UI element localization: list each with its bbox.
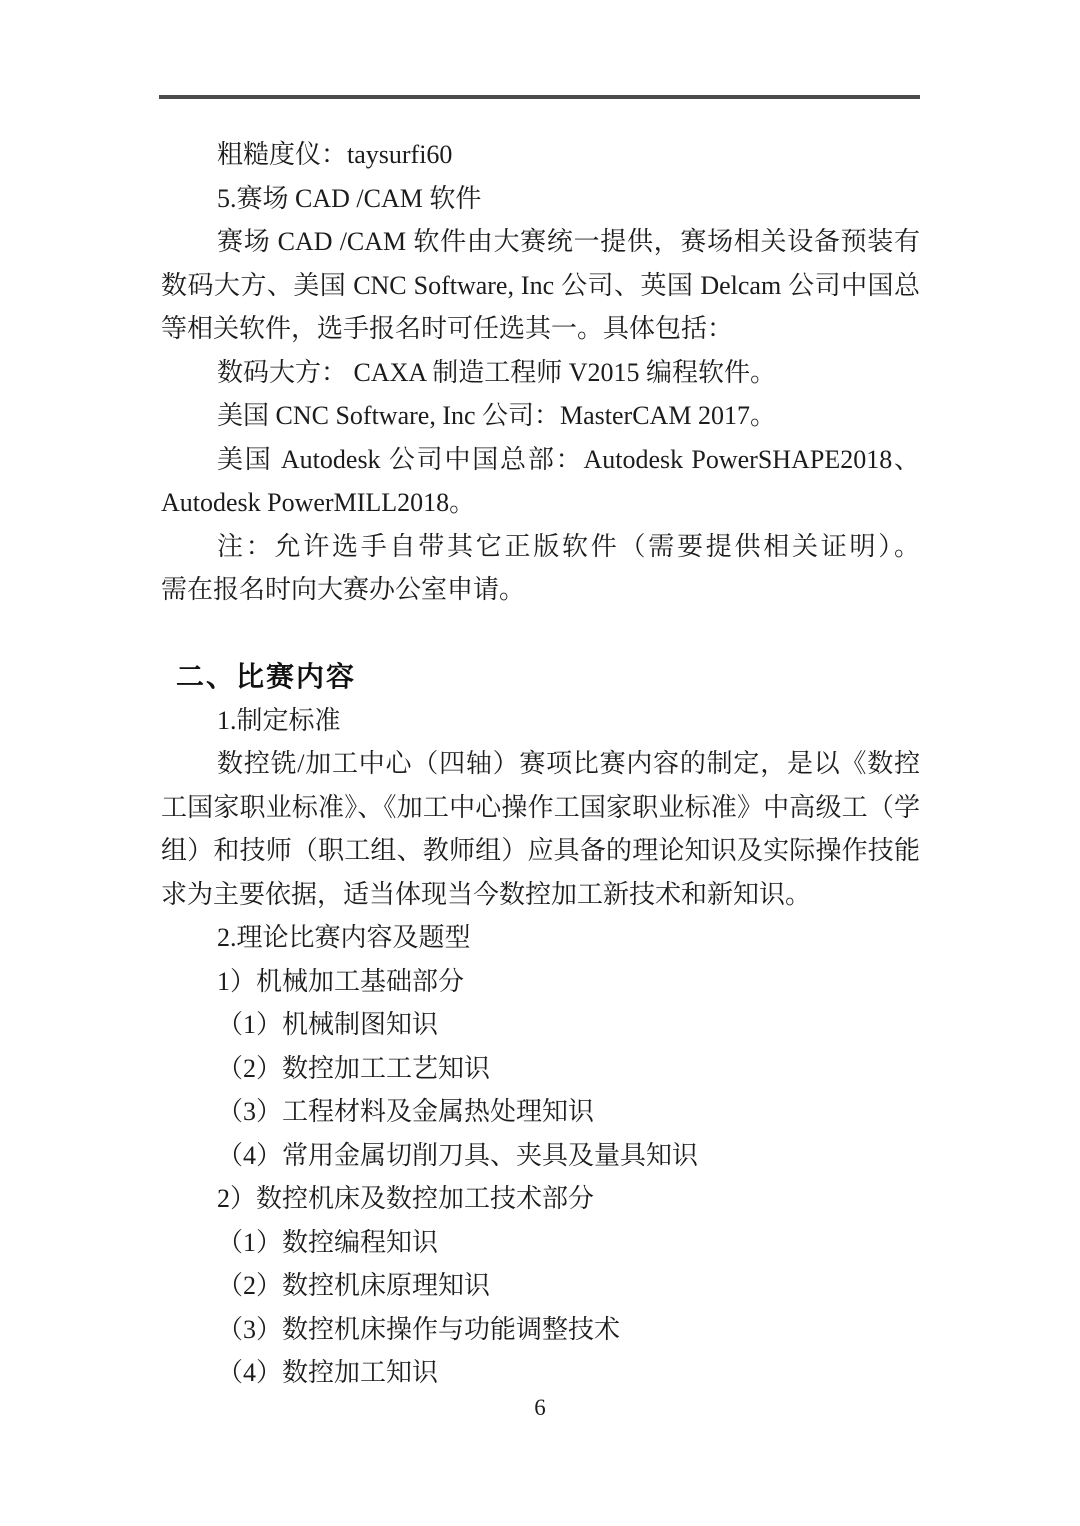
document-line: 粗糙度仪：taysurfi60 — [161, 133, 920, 177]
document-line: Autodesk PowerMILL2018。 — [161, 481, 920, 525]
document-line: 组）和技师（职工组、教师组）应具备的理论知识及实际操作技能要 — [161, 829, 920, 873]
document-page: 粗糙度仪：taysurfi60 5.赛场 CAD /CAM 软件 赛场 CAD … — [0, 0, 1080, 1526]
document-line: （2）数控机床原理知识 — [161, 1264, 920, 1308]
document-line: 数码大方： CAXA 制造工程师 V2015 编程软件。 — [161, 351, 920, 395]
document-line: 5.赛场 CAD /CAM 软件 — [161, 177, 920, 221]
document-line: （3）工程材料及金属热处理知识 — [161, 1090, 920, 1134]
document-line: 2.理论比赛内容及题型 — [161, 916, 920, 960]
document-body: 粗糙度仪：taysurfi60 5.赛场 CAD /CAM 软件 赛场 CAD … — [161, 133, 920, 1395]
document-line: 等相关软件，选手报名时可任选其一。具体包括： — [161, 307, 920, 351]
document-line: 1）机械加工基础部分 — [161, 960, 920, 1004]
document-line: 需在报名时向大赛办公室申请。 — [161, 568, 920, 612]
section-heading-competition-content: 二、比赛内容 — [161, 655, 920, 699]
document-line: 美国 Autodesk 公司中国总部：Autodesk PowerSHAPE20… — [161, 438, 920, 482]
document-line: （4）常用金属切削刀具、夹具及量具知识 — [161, 1134, 920, 1178]
document-line: 2）数控机床及数控加工技术部分 — [161, 1177, 920, 1221]
page-number: 6 — [0, 1392, 1080, 1424]
document-line: 工国家职业标准》、《加工中心操作工国家职业标准》中高级工（学生 — [161, 786, 920, 830]
document-line: 注：允许选手自带其它正版软件（需要提供相关证明）。 — [161, 525, 920, 569]
document-line: （2）数控加工工艺知识 — [161, 1047, 920, 1091]
document-line: （4）数控加工知识 — [161, 1351, 920, 1395]
document-line: 1.制定标准 — [161, 699, 920, 743]
blank-line — [161, 612, 920, 656]
document-line: （1）数控编程知识 — [161, 1221, 920, 1265]
document-line: （1）机械制图知识 — [161, 1003, 920, 1047]
document-line: 求为主要依据，适当体现当今数控加工新技术和新知识。 — [161, 873, 920, 917]
document-line: 美国 CNC Software, Inc 公司：MasterCAM 2017。 — [161, 394, 920, 438]
document-line: 数码大方、美国 CNC Software, Inc 公司、英国 Delcam 公… — [161, 264, 920, 308]
document-line: （3）数控机床操作与功能调整技术 — [161, 1308, 920, 1352]
document-line: 数控铣/加工中心（四轴）赛项比赛内容的制定，是以《数控铣 — [161, 742, 920, 786]
header-rule — [159, 95, 920, 99]
document-line: 赛场 CAD /CAM 软件由大赛统一提供，赛场相关设备预装有北京 — [161, 220, 920, 264]
